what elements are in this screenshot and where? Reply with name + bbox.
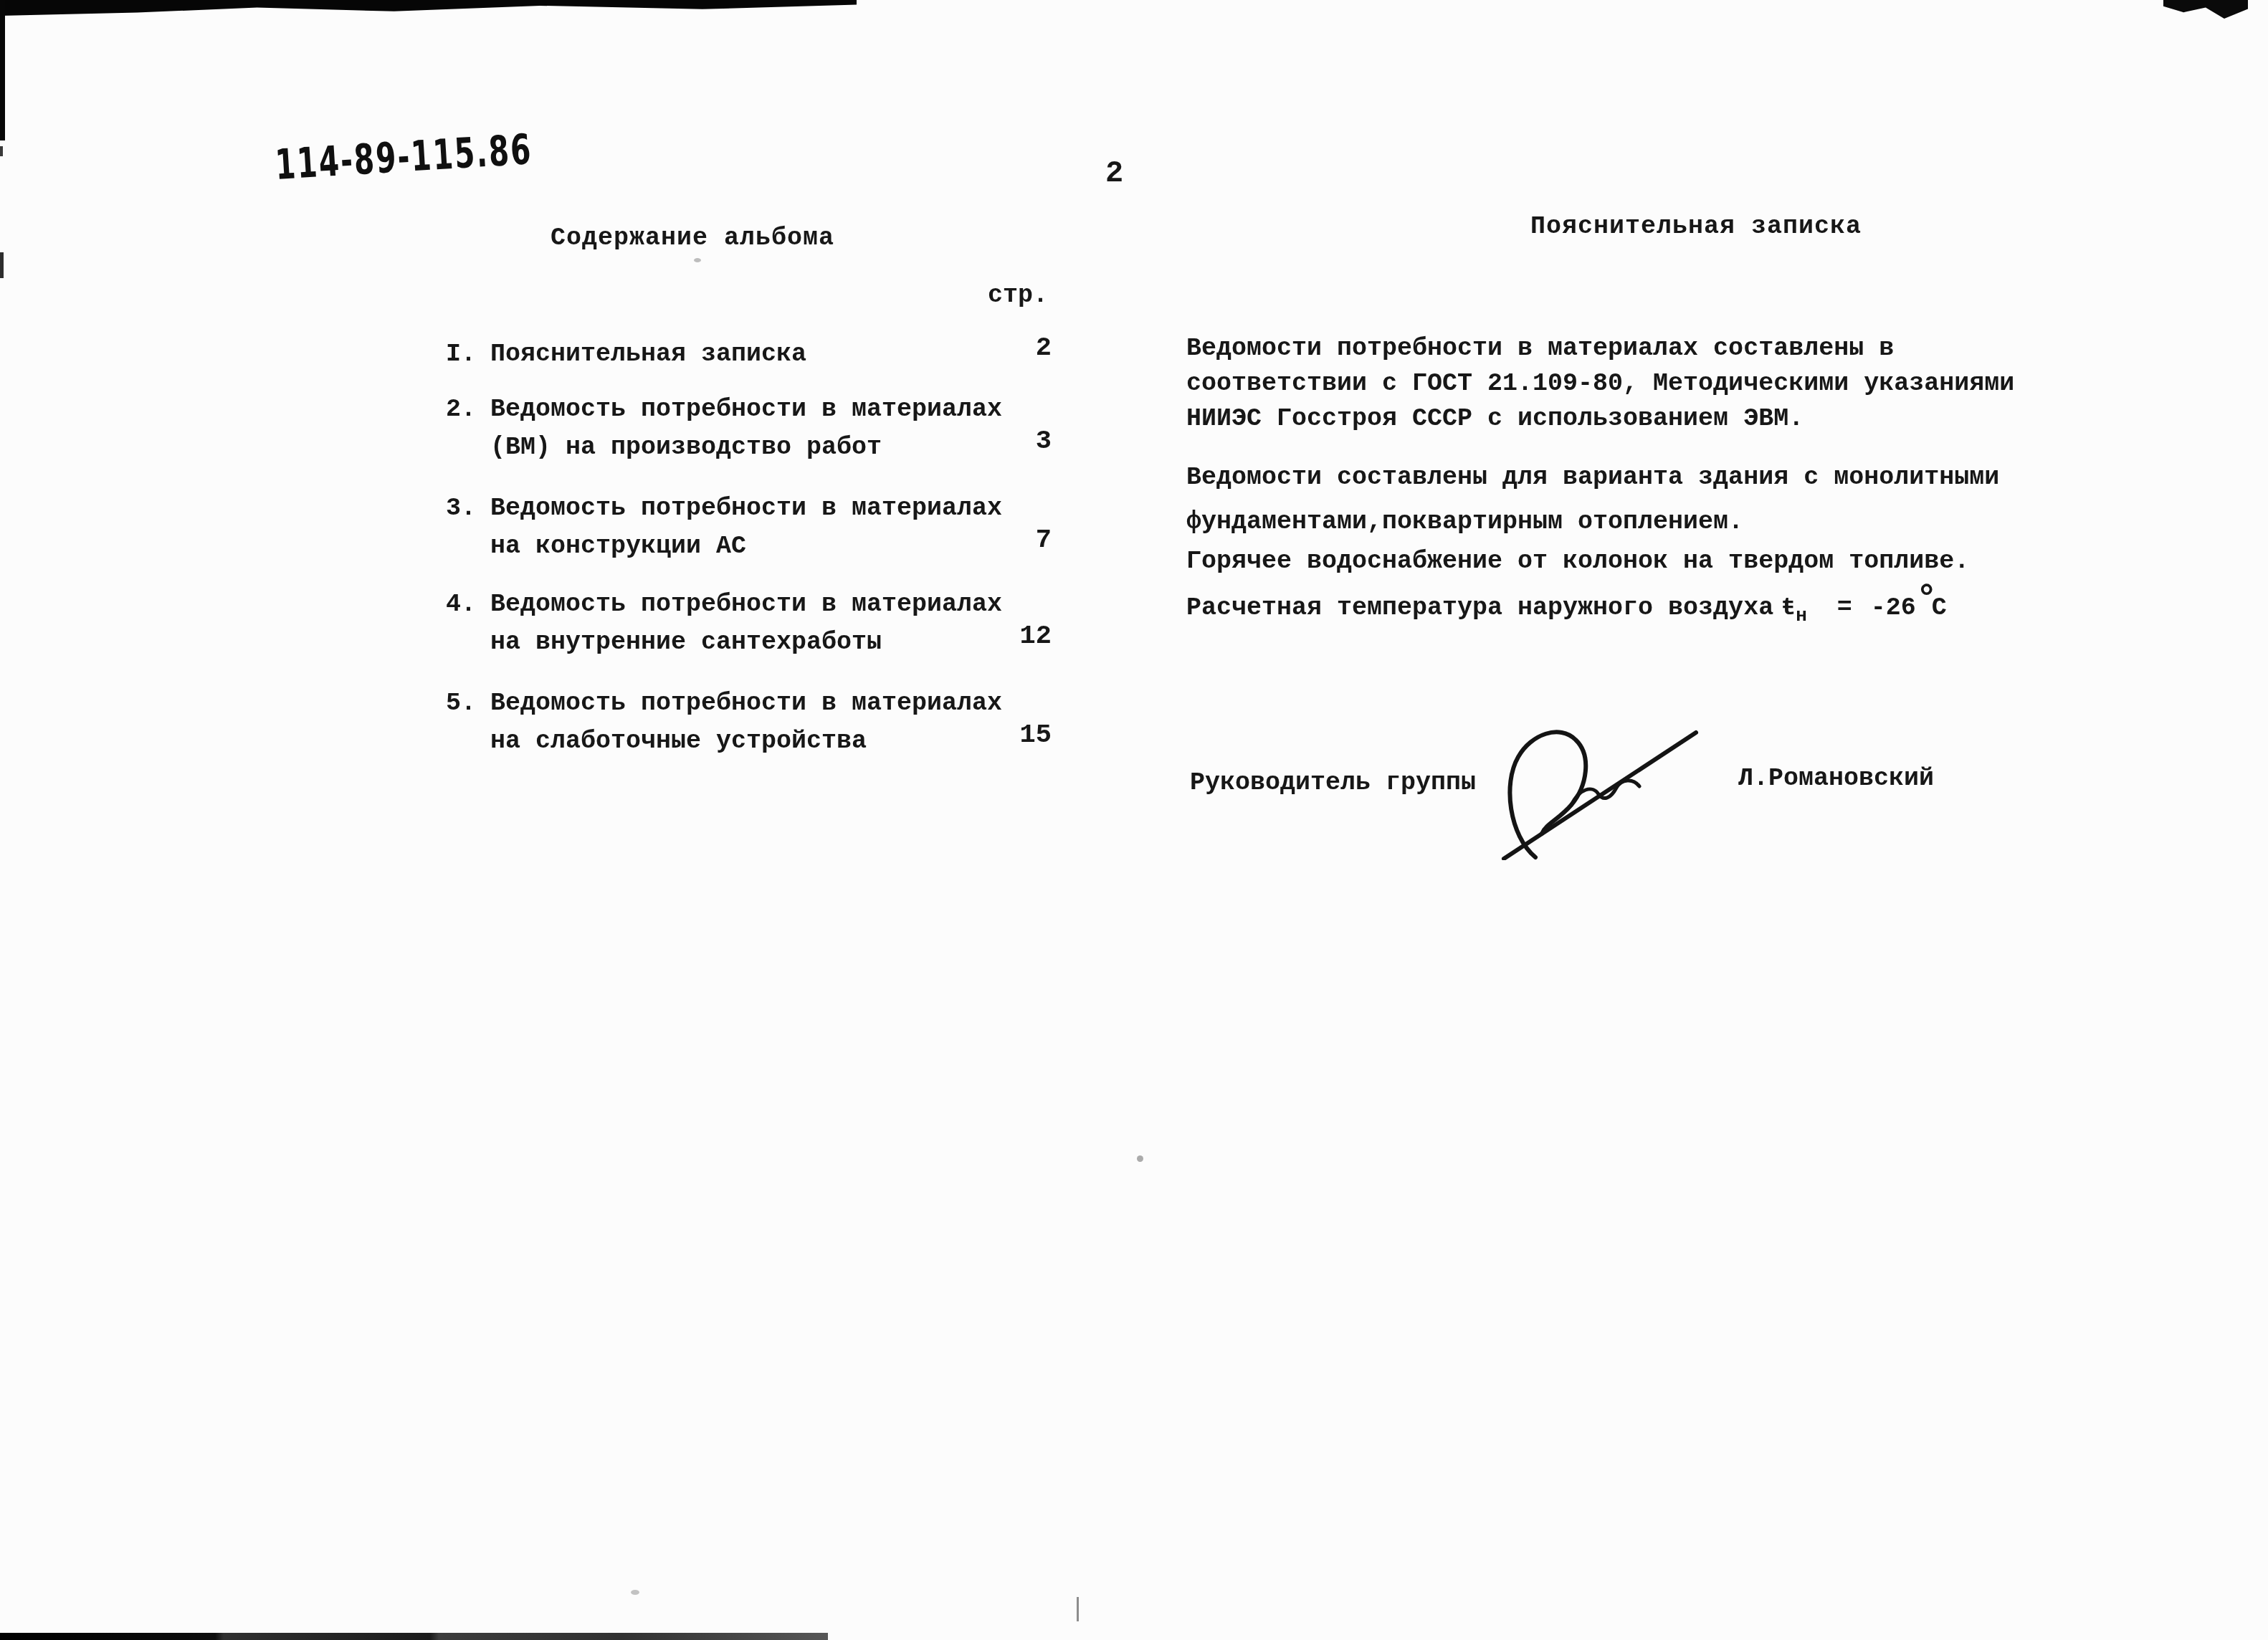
scanned-document-page: { "page": { "handwritten_code": "114-89-…: [0, 0, 2268, 1640]
scan-artifact-vertical-line: [1077, 1597, 1079, 1621]
toc-item: 2. Ведомость потребности в материалах(ВМ…: [446, 391, 1052, 467]
toc-item-line: Ведомость потребности в материалах: [490, 586, 1002, 624]
scan-artifact-top-bar: [0, 0, 857, 16]
toc-item-line: на внутренние сантехработы: [490, 624, 1002, 662]
temperature-unit: С: [1932, 593, 1947, 622]
toc-item: 3. Ведомость потребности в материалахна …: [446, 490, 1052, 566]
toc-item-number: 5.: [446, 685, 490, 723]
toc-item-page: 7: [1036, 525, 1052, 556]
note-paragraph: Горячее водоснабжение от колонок на твер…: [1186, 544, 2068, 579]
temperature-value: -26: [1871, 593, 1916, 622]
toc-item-lines: Ведомость потребности в материалахна кон…: [490, 490, 1002, 566]
note-line: Ведомости составлены для варианта здания…: [1186, 455, 2068, 500]
toc-item-line: Пояснительная записка: [490, 335, 806, 373]
toc-item-lines: Ведомость потребности в материалах(ВМ) н…: [490, 391, 1002, 467]
toc-page-column-label: стр.: [988, 281, 1048, 310]
temperature-symbol-subscript: н: [1796, 605, 1807, 626]
toc-item-line: (ВМ) на производство работ: [490, 429, 1002, 467]
handwritten-signature: [1491, 717, 1706, 860]
toc-item: 4. Ведомость потребности в материалахна …: [446, 586, 1052, 662]
scan-speck: [1137, 1155, 1143, 1162]
toc-item: 5. Ведомость потребности в материалахна …: [446, 685, 1052, 761]
toc-item-line: на слаботочные устройства: [490, 723, 1002, 761]
formula-line: Расчетная температура наружного воздухаŧ…: [1186, 591, 2068, 634]
handwritten-document-code: 114-89-115.86: [274, 125, 533, 189]
toc-item-line: Ведомость потребности в материалах: [490, 685, 1002, 723]
toc-item-lines: Пояснительная записка: [490, 335, 806, 373]
page-number: 2: [1105, 156, 1123, 191]
scan-artifact-left-mark-1: [0, 146, 3, 156]
note-line: НИИЭС Госстроя СССР с использованием ЭВМ…: [1186, 401, 2068, 437]
toc-item-line: Ведомость потребности в материалах: [490, 391, 1002, 429]
scan-speck: [694, 258, 701, 262]
note-title: Пояснительная записка: [1530, 212, 1862, 241]
toc-title: Содержание альбома: [551, 224, 834, 252]
note-line: фундаментами,поквартирным отоплением.: [1186, 500, 2068, 544]
temperature-symbol: ŧ: [1781, 593, 1796, 622]
toc-item-page: 3: [1036, 426, 1052, 457]
note-paragraph: Ведомости потребности в материалах соста…: [1186, 331, 2068, 437]
toc-item-line: Ведомость потребности в материалах: [490, 490, 1002, 528]
signature-role-label: Руководитель группы: [1190, 768, 1476, 797]
toc-item-page: 2: [1036, 333, 1052, 363]
toc-item-lines: Ведомость потребности в материалахна вну…: [490, 586, 1002, 662]
formula-equals: =: [1837, 593, 1852, 622]
scan-speck: [631, 1590, 639, 1595]
scan-artifact-bottom-bar: [0, 1633, 828, 1640]
toc-item-number: I.: [446, 335, 490, 373]
note-line: соответствии с ГОСТ 21.109-80, Методичес…: [1186, 366, 2068, 401]
note-line: Ведомости потребности в материалах соста…: [1186, 331, 2068, 366]
toc-item: I. Пояснительная записка 2: [446, 335, 1052, 373]
toc-item-number: 3.: [446, 490, 490, 528]
toc-item-number: 2.: [446, 391, 490, 429]
toc-item-page: 15: [1020, 720, 1052, 750]
scan-artifact-top-right-mark: [2163, 0, 2248, 19]
toc-item-line: на конструкции АС: [490, 528, 1002, 566]
toc-item-lines: Ведомость потребности в материалахна сла…: [490, 685, 1002, 761]
note-line: Горячее водоснабжение от колонок на твер…: [1186, 544, 2068, 579]
toc-item-page: 12: [1020, 621, 1052, 652]
note-paragraph: Ведомости составлены для варианта здания…: [1186, 455, 2068, 544]
scan-artifact-left-mark-2: [0, 252, 4, 278]
note-paragraphs: Ведомости потребности в материалах соста…: [1186, 331, 2068, 634]
formula-prefix: Расчетная температура наружного воздуха: [1186, 593, 1773, 622]
scan-artifact-left-strip: [0, 0, 5, 140]
toc-list: I. Пояснительная записка 2 2. Ведомость …: [446, 335, 1052, 761]
toc-item-number: 4.: [446, 586, 490, 624]
signature-name: Л.Романовский: [1738, 764, 1934, 793]
